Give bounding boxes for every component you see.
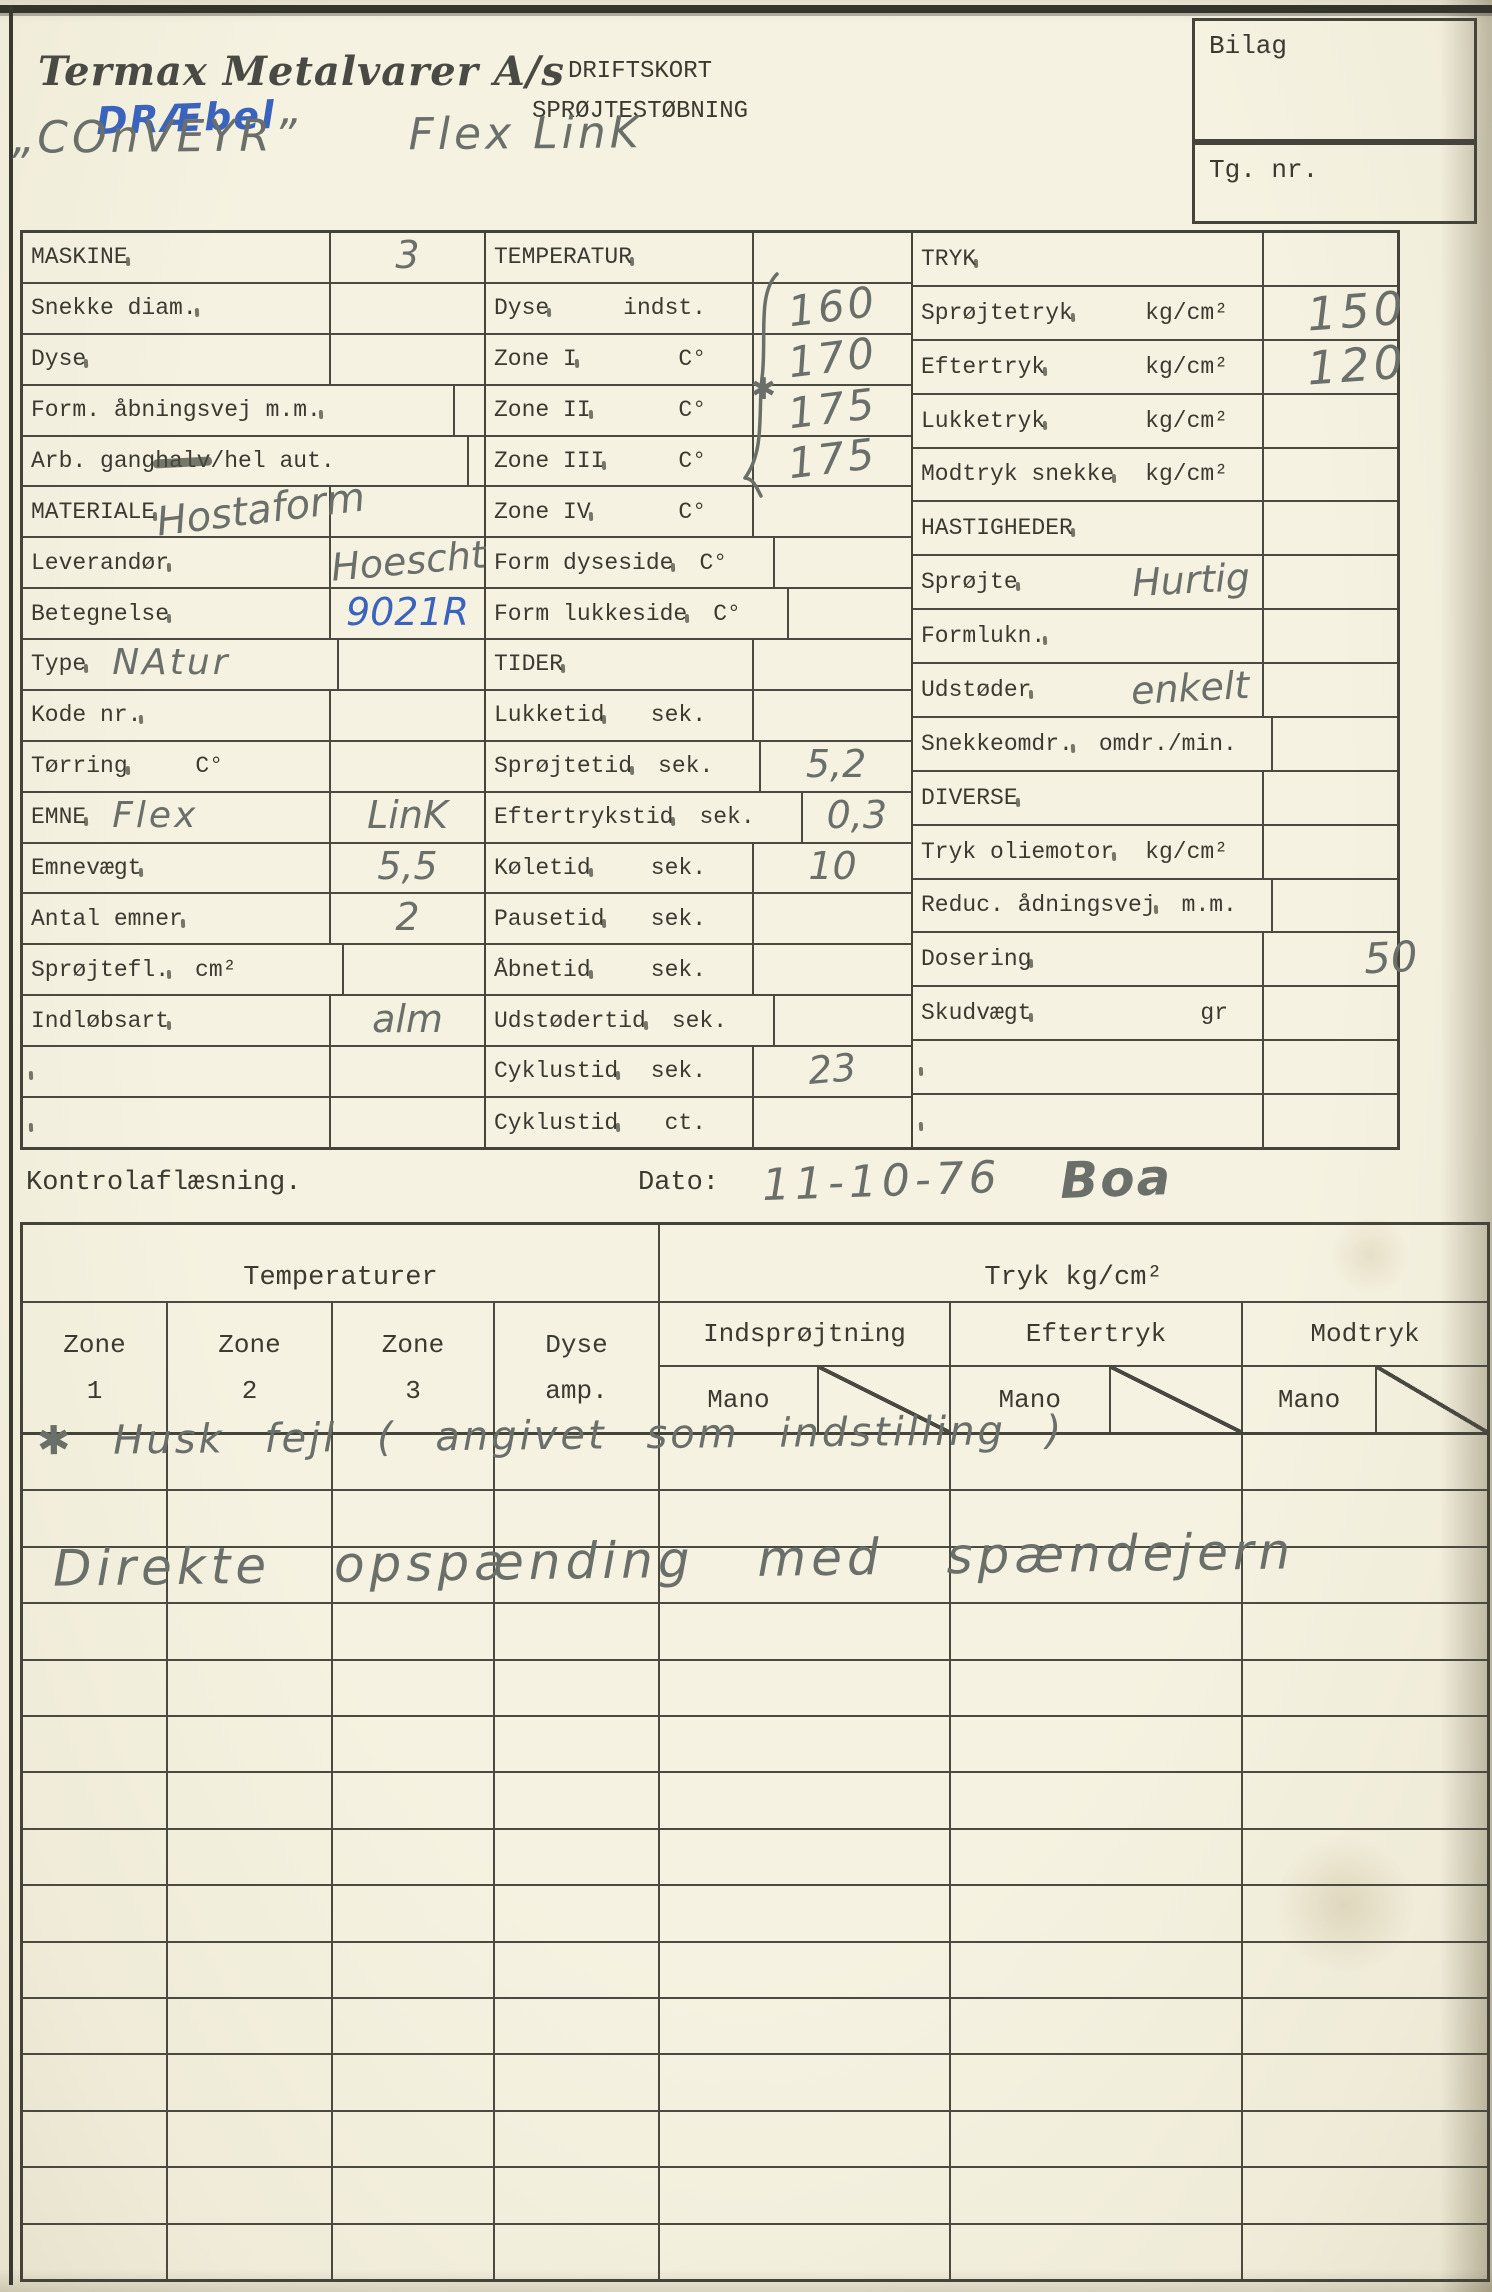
readings-cell <box>333 2225 495 2279</box>
row-value-cell: 5,2 <box>761 742 911 791</box>
row-value-cell <box>331 1098 484 1149</box>
row-unit: kg/cm² <box>1145 354 1262 380</box>
readings-cell <box>495 1999 660 2053</box>
row-label-cell: Formlukn. <box>913 610 1264 662</box>
row-label-cell: MASKINE <box>23 233 331 282</box>
row-label: Indløbsart <box>31 1008 169 1034</box>
row-value-cell: enkelt <box>1264 664 1397 716</box>
readings-cell <box>168 1604 333 1658</box>
readings-cell <box>951 2112 1243 2166</box>
row-value-cell <box>754 640 911 689</box>
row-label-cell: TRYK <box>913 233 1264 285</box>
readings-cell <box>333 1999 495 2053</box>
row-label-cell: Kode nr. <box>23 691 331 740</box>
table-row: EMNE Flex LinK <box>23 793 484 844</box>
row-value-cell: Hurtig <box>1264 556 1397 608</box>
row-unit: indst. <box>623 295 752 321</box>
row-unit: sek. <box>651 855 752 881</box>
readings-cell <box>1243 1435 1487 1489</box>
readings-cell <box>168 1773 333 1827</box>
table-row: Snekke diam. <box>23 284 484 335</box>
readings-empty-row <box>23 1830 1487 1886</box>
row-label: Cyklustid <box>494 1110 618 1136</box>
readings-cell <box>951 2168 1243 2222</box>
row-label-cell: Dyse <box>23 335 331 384</box>
row-value-cell <box>754 691 911 740</box>
kontrol-readings-table: Temperaturer Tryk kg/cm² Zone 1 Zone 2 Z… <box>20 1222 1490 2282</box>
row-label-cell: Zone II C° ✱ <box>486 386 754 435</box>
row-unit: sek. <box>651 906 752 932</box>
table-row: Dyse indst. 160 <box>486 284 911 335</box>
row-label: Åbnetid <box>494 957 591 983</box>
table-row: Køletid sek. 10 <box>486 844 911 895</box>
row-value-cell: 2 <box>331 894 484 943</box>
col-label: Zone <box>63 1330 125 1360</box>
readings-cell <box>168 2055 333 2109</box>
table-row: Zone III C° 175 <box>486 437 911 488</box>
readings-cell <box>23 2112 168 2166</box>
table-row: Lukketryk kg/cm² <box>913 395 1397 449</box>
row-value-cell: alm <box>331 996 484 1045</box>
row-label-cell: Snekkeomdr. omdr./min. <box>913 718 1273 770</box>
readings-cell <box>660 1830 951 1884</box>
row-label: TRYK <box>921 246 976 272</box>
readings-cell <box>660 2112 951 2166</box>
readings-cell <box>1243 2112 1487 2166</box>
row-label: Sprøjtefl. <box>31 957 169 983</box>
row-value-cell <box>1264 1095 1397 1149</box>
table-row: Dosering 50 <box>913 933 1397 987</box>
table-row: TEMPERATUR <box>486 233 911 284</box>
column-zone-1: Zone 1 <box>23 1303 168 1432</box>
row-label-cell: Emnevægt <box>23 844 331 893</box>
readings-cell <box>495 1604 660 1658</box>
row-label: Form dyseside <box>494 550 673 576</box>
handwritten-star-mark: ✱ <box>751 372 776 407</box>
handwritten-value: 50 <box>1363 931 1419 983</box>
row-label-cell: Lukketryk kg/cm² <box>913 395 1264 447</box>
row-unit: C° <box>713 601 787 627</box>
tryk-header: Tryk kg/cm² <box>660 1225 1487 1301</box>
row-value-cell <box>331 335 484 384</box>
row-label: DIVERSE <box>921 785 1018 811</box>
form-title: DRIFTSKORT <box>510 52 770 92</box>
readings-cell <box>495 1943 660 1997</box>
mano-subcolumn: Mano <box>1243 1367 1377 1432</box>
row-label: Kode nr. <box>31 702 141 728</box>
row-label: Zone III <box>494 448 604 474</box>
row-label: Eftertryk <box>921 354 1045 380</box>
readings-cell <box>168 1661 333 1715</box>
row-label: TEMPERATUR <box>494 244 632 270</box>
handwritten-value: Hurtig <box>1130 555 1250 605</box>
kontrol-label: Kontrolaflæsning. <box>26 1168 301 1198</box>
row-label: Form lukkeside <box>494 601 687 627</box>
row-value-cell: 0,3 <box>803 793 911 842</box>
row-label-suffix: /hel aut. <box>210 448 334 474</box>
row-label-cell: DIVERSE <box>913 772 1264 824</box>
row-label-cell: Zone III C° <box>486 437 754 486</box>
table-row: Modtryk snekke kg/cm² <box>913 449 1397 503</box>
readings-cell <box>1243 1604 1487 1658</box>
readings-cell <box>1243 1661 1487 1715</box>
row-label: Lukketid <box>494 702 604 728</box>
row-label-cell: Form. åbningsvej m.m. <box>23 386 455 435</box>
column-zone-3: Zone 3 <box>333 1303 495 1432</box>
temperaturer-header: Temperaturer <box>23 1225 660 1301</box>
readings-cell <box>333 1661 495 1715</box>
readings-cell <box>23 1717 168 1771</box>
table-row <box>23 1047 484 1098</box>
readings-cell <box>23 2168 168 2222</box>
readings-empty-row <box>23 1717 1487 1773</box>
row-value-cell <box>331 284 484 333</box>
row-value-cell <box>754 894 911 943</box>
company-logo: Termax Metalvarer A/s <box>38 48 565 95</box>
table-row: Zone IV C° <box>486 487 911 538</box>
handwritten-value: 10 <box>808 844 856 888</box>
table-row: Dyse <box>23 335 484 386</box>
readings-cell <box>333 1830 495 1884</box>
col-label: Zone <box>382 1330 444 1360</box>
handwritten-value: 170 <box>785 327 879 387</box>
row-label: Snekkeomdr. <box>921 731 1073 757</box>
readings-empty-row <box>23 2168 1487 2224</box>
row-unit: kg/cm² <box>1145 408 1262 434</box>
readings-cell <box>495 1773 660 1827</box>
table-row: Eftertrykstid sek. 0,3 <box>486 793 911 844</box>
readings-cell <box>23 1943 168 1997</box>
readings-cell <box>1243 1943 1487 1997</box>
readings-cell <box>333 1773 495 1827</box>
readings-cell <box>660 2168 951 2222</box>
readings-empty-row <box>23 1604 1487 1660</box>
group-label: Modtryk <box>1243 1303 1487 1367</box>
readings-empty-row <box>23 1943 1487 1999</box>
readings-cell <box>495 1717 660 1771</box>
handwritten-value: 120 <box>1305 334 1408 395</box>
readings-cell <box>333 2055 495 2109</box>
handwritten-value: 2 <box>395 895 419 939</box>
row-label-cell: Tryk oliemotor kg/cm² <box>913 826 1264 878</box>
row-label: Zone II <box>494 397 591 423</box>
row-label: Sprøjtetryk <box>921 300 1073 326</box>
table-row <box>23 1098 484 1149</box>
row-label: Udstøder <box>921 677 1031 703</box>
row-label-cell: Betegnelse <box>23 589 331 638</box>
row-value-cell: 5,5 <box>331 844 484 893</box>
readings-cell <box>495 1830 660 1884</box>
bilag-box: Bilag <box>1192 18 1477 142</box>
readings-cell <box>333 1717 495 1771</box>
row-label: Tryk oliemotor <box>921 839 1114 865</box>
readings-cell <box>1243 1999 1487 2053</box>
readings-cell <box>951 1604 1243 1658</box>
row-value-cell <box>339 640 484 689</box>
table-row: Cyklustid ct. <box>486 1098 911 1149</box>
row-label-cell: Snekke diam. <box>23 284 331 333</box>
row-label: Zone I <box>494 346 577 372</box>
readings-cell <box>660 1661 951 1715</box>
row-unit: sek. <box>651 1058 752 1084</box>
handwritten-date: 11-10-76 <box>761 1152 1002 1211</box>
row-label-cell <box>23 1047 331 1096</box>
readings-cell <box>495 1886 660 1940</box>
row-label: Formlukn. <box>921 623 1045 649</box>
row-label: Sprøjtetid <box>494 753 632 779</box>
table-row: Tørring C° <box>23 742 484 793</box>
readings-cell <box>660 1943 951 1997</box>
table-row: Emnevægt 5,5 <box>23 844 484 895</box>
row-label: Skudvægt <box>921 1000 1031 1026</box>
readings-cell <box>660 1886 951 1940</box>
pressure-column: TRYK Sprøjtetryk kg/cm² <box>913 233 1397 1147</box>
row-label-cell: Antal emner <box>23 894 331 943</box>
row-label: Lukketryk <box>921 408 1045 434</box>
row-value-cell <box>469 437 484 486</box>
row-value-cell <box>789 589 911 638</box>
row-value-cell: Hoescht <box>331 538 486 587</box>
row-label: Form. åbningsvej m.m. <box>31 397 321 423</box>
readings-cell <box>1243 1886 1487 1940</box>
readings-cell <box>951 1661 1243 1715</box>
row-unit: C° <box>195 753 329 779</box>
dato-label: Dato: <box>638 1168 719 1198</box>
row-label-cell: Modtryk snekke kg/cm² <box>913 449 1264 501</box>
row-label-cell: Skudvægt gr <box>913 987 1264 1039</box>
row-value-cell <box>455 386 484 435</box>
table-row: Form lukkeside C° <box>486 589 911 640</box>
row-label: Dyse <box>31 346 86 372</box>
row-label-cell: Form dyseside C° <box>486 538 775 587</box>
table-row: Tryk oliemotor kg/cm² <box>913 826 1397 880</box>
row-label: Cyklustid <box>494 1058 618 1084</box>
row-value-cell <box>1264 1041 1397 1093</box>
row-label: Udstødertid <box>494 1008 646 1034</box>
row-unit: gr <box>1200 1000 1262 1026</box>
row-unit: sek. <box>651 957 752 983</box>
row-value-cell: 9021R <box>331 589 484 638</box>
temperature-column: TEMPERATUR Dyse indst. <box>486 233 913 1147</box>
readings-cell <box>23 1999 168 2053</box>
handwritten-label-entry: Flex <box>112 795 198 836</box>
table-row: TRYK <box>913 233 1397 287</box>
group-label: Eftertryk <box>951 1303 1241 1367</box>
column-zone-2: Zone 2 <box>168 1303 333 1432</box>
table-row: Reduc. ådningsvej m.m. <box>913 880 1397 934</box>
row-label: Modtryk snekke <box>921 461 1114 487</box>
table-row <box>913 1041 1397 1095</box>
handwritten-product-name: „COnVEYR” Flex LinK <box>12 107 643 164</box>
row-unit: sek. <box>699 804 800 830</box>
table-row: Snekkeomdr. omdr./min. <box>913 718 1397 772</box>
struck-text: halv <box>155 448 210 474</box>
handwritten-value: 5,2 <box>806 742 866 786</box>
row-label-cell: TIDER <box>486 640 754 689</box>
row-value-cell: LinK <box>331 793 484 842</box>
table-row: Arb. gang halv/hel aut. <box>23 437 484 488</box>
row-unit: sek. <box>672 1008 773 1034</box>
row-value-cell <box>1273 718 1397 770</box>
kontrol-section: Kontrolaflæsning. Dato: 11-10-76 Boa <box>20 1150 1480 1222</box>
row-label-cell: Sprøjtetryk kg/cm² <box>913 287 1264 339</box>
readings-cell <box>1243 2168 1487 2222</box>
column-group-modtryk: Modtryk Mano <box>1243 1303 1487 1432</box>
table-row: Eftertryk kg/cm² 120 <box>913 341 1397 395</box>
row-label: Arb. gang <box>31 448 155 474</box>
readings-cell <box>168 2112 333 2166</box>
table-row: Sprøjte Hurtig <box>913 556 1397 610</box>
readings-cell <box>495 2112 660 2166</box>
table-row <box>913 1095 1397 1149</box>
row-value-cell <box>331 691 484 740</box>
readings-cell <box>23 2225 168 2279</box>
readings-cell <box>660 2055 951 2109</box>
row-label-cell: Type NAtur <box>23 640 339 689</box>
row-value-cell <box>1264 502 1397 554</box>
col-label: Dyse <box>545 1330 607 1360</box>
row-label-cell: Cyklustid ct. <box>486 1098 754 1149</box>
readings-cell <box>168 2168 333 2222</box>
row-unit: kg/cm² <box>1145 461 1262 487</box>
row-value-cell: 10 <box>754 844 911 893</box>
row-label: Leverandør <box>31 550 169 576</box>
handwritten-value: LinK <box>367 793 448 837</box>
row-label: Pausetid <box>494 906 604 932</box>
col-label: amp. <box>545 1376 607 1406</box>
handwritten-value: enkelt <box>1130 663 1250 713</box>
readings-cell <box>1243 1773 1487 1827</box>
readings-cell <box>951 1943 1243 1997</box>
row-value-cell <box>775 538 911 587</box>
handwritten-value: 0,3 <box>827 793 887 837</box>
table-row: Form. åbningsvej m.m. <box>23 386 484 437</box>
row-label: MATERIALE <box>31 499 155 525</box>
row-unit: kg/cm² <box>1145 839 1262 865</box>
table-row: Betegnelse 9021R <box>23 589 484 640</box>
readings-cell <box>495 2168 660 2222</box>
readings-cell <box>168 1717 333 1771</box>
table-row: Kode nr. <box>23 691 484 742</box>
readings-empty-row <box>23 2225 1487 2279</box>
row-value-cell <box>775 996 911 1045</box>
table-row: Form dyseside C° <box>486 538 911 589</box>
readings-cell <box>23 1830 168 1884</box>
row-label: MASKINE <box>31 244 128 270</box>
machine-column: MASKINE 3 Snekke diam. <box>23 233 486 1147</box>
table-row: Sprøjtefl. cm² <box>23 945 484 996</box>
readings-cell <box>333 1886 495 1940</box>
readings-cell <box>168 2225 333 2279</box>
row-label-cell: Udstødertid sek. <box>486 996 775 1045</box>
readings-cell <box>951 1717 1243 1771</box>
row-label-cell: HASTIGHEDER <box>913 502 1264 554</box>
row-value-cell <box>1264 233 1397 285</box>
col-label: 2 <box>242 1376 258 1406</box>
handwritten-label-entry: NAtur <box>112 642 230 683</box>
handwritten-value: 175 <box>785 429 879 489</box>
readings-cell <box>660 2225 951 2279</box>
diagonal-slash-cell <box>1111 1367 1242 1432</box>
row-label: Emnevægt <box>31 855 141 881</box>
scan-top-edge <box>0 5 1492 13</box>
readings-header-band: Temperaturer Tryk kg/cm² <box>23 1225 1487 1303</box>
readings-cell <box>951 1886 1243 1940</box>
readings-cell <box>951 2225 1243 2279</box>
table-row: Skudvægt gr <box>913 987 1397 1041</box>
handwritten-value: 160 <box>785 277 879 337</box>
row-label-cell: Leverandør <box>23 538 331 587</box>
row-label: Antal emner <box>31 906 183 932</box>
readings-cell <box>333 2112 495 2166</box>
row-label: Type <box>31 651 86 677</box>
table-row: Antal emner 2 <box>23 894 484 945</box>
tg-nr-box: Tg. nr. <box>1192 142 1477 224</box>
settings-table: MASKINE 3 Snekke diam. <box>20 230 1400 1150</box>
handwritten-value: 150 <box>1305 280 1408 341</box>
readings-cell <box>1243 1830 1487 1884</box>
col-label: 3 <box>405 1376 421 1406</box>
row-label-cell: Dyse indst. <box>486 284 754 333</box>
readings-cell <box>495 1661 660 1715</box>
table-row: Zone I C° 170 <box>486 335 911 386</box>
handwritten-value: Hoescht <box>329 532 487 589</box>
row-label-cell: Reduc. ådningsvej m.m. <box>913 880 1273 932</box>
readings-cell <box>168 1943 333 1997</box>
tg-nr-label: Tg. nr. <box>1209 155 1318 185</box>
readings-cell <box>660 1999 951 2053</box>
row-label-cell: Zone IV C° <box>486 487 754 536</box>
readings-cell <box>333 1943 495 1997</box>
readings-empty-row <box>23 1773 1487 1829</box>
row-label: Sprøjte <box>921 569 1018 595</box>
row-label-cell <box>913 1041 1264 1093</box>
row-value-cell: 3 <box>331 233 484 282</box>
table-row: Udstøder enkelt <box>913 664 1397 718</box>
col-label: Zone <box>218 1330 280 1360</box>
handwritten-value: 5,5 <box>377 844 437 888</box>
table-row: Lukketid sek. <box>486 691 911 742</box>
readings-cell <box>660 1717 951 1771</box>
row-label-cell: Åbnetid sek. <box>486 945 754 994</box>
row-value-cell <box>344 945 484 994</box>
readings-cell <box>168 1999 333 2053</box>
row-value-cell: 23 <box>754 1047 911 1096</box>
row-value-cell <box>331 1047 484 1096</box>
readings-cell <box>660 1773 951 1827</box>
row-label-cell: Eftertryk kg/cm² <box>913 341 1264 393</box>
row-value-cell <box>754 1098 911 1149</box>
table-row: DIVERSE <box>913 772 1397 826</box>
table-row: MATERIALE Hostaform <box>23 487 484 538</box>
table-row: Åbnetid sek. <box>486 945 911 996</box>
row-label-cell: Eftertrykstid sek. <box>486 793 803 842</box>
row-unit: cm² <box>195 957 342 983</box>
row-label: Køletid <box>494 855 591 881</box>
readings-cell <box>660 1604 951 1658</box>
readings-cell <box>951 1830 1243 1884</box>
table-row: Sprøjtetid sek. 5,2 <box>486 742 911 793</box>
row-value-cell: 150 <box>1264 287 1397 339</box>
row-label-cell: Zone I C° <box>486 335 754 384</box>
scan-left-edge <box>9 5 13 2285</box>
table-row: MASKINE 3 <box>23 233 484 284</box>
readings-cell <box>168 1830 333 1884</box>
row-label: Tørring <box>31 753 128 779</box>
readings-cell <box>951 1999 1243 2053</box>
readings-empty-row <box>23 2055 1487 2111</box>
table-row: TIDER <box>486 640 911 691</box>
